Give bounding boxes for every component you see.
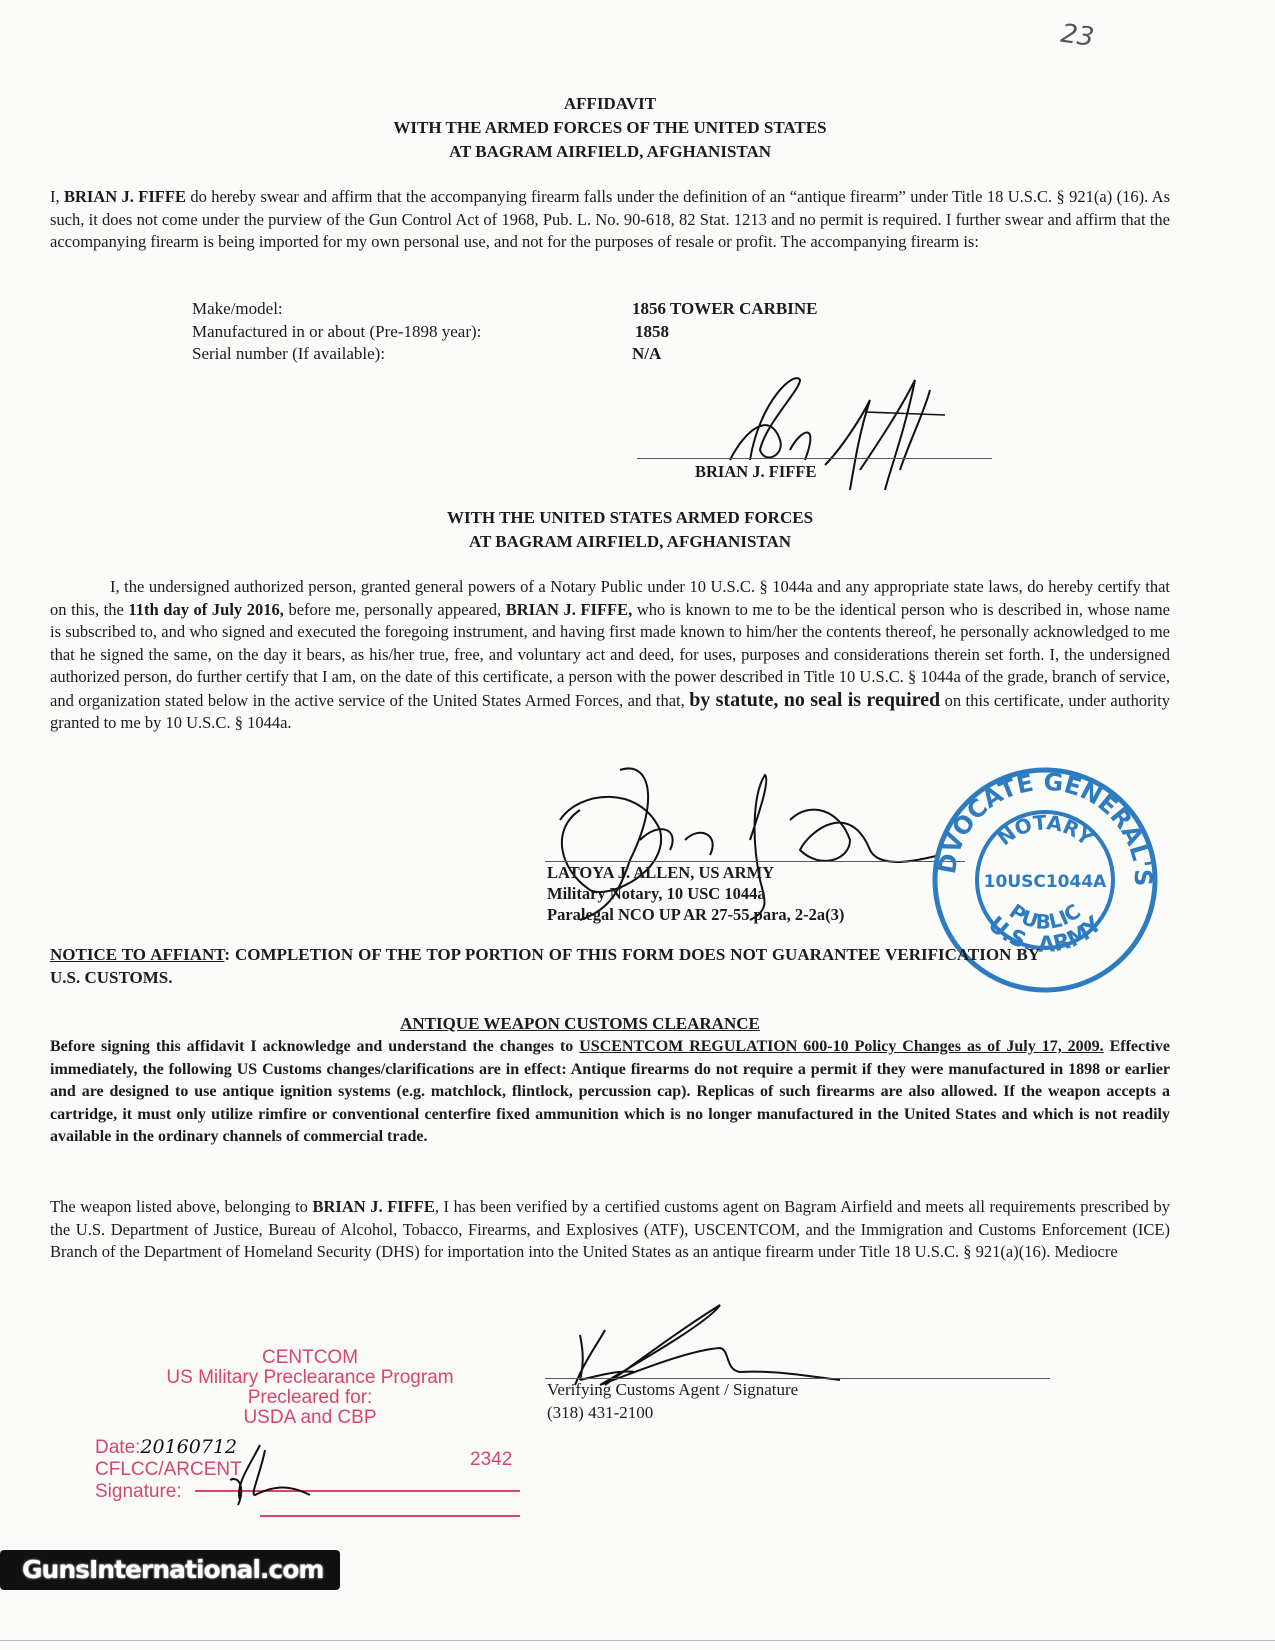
notary-name: LATOYA J. ALLEN, US ARMY <box>547 862 844 883</box>
notary-certificate: I, the undersigned authorized person, gr… <box>50 576 1170 735</box>
stamp-signature <box>220 1440 330 1510</box>
notary-header: WITH THE UNITED STATES ARMED FORCES AT B… <box>20 506 1240 554</box>
watermark-logo: GunsInternational.com <box>0 1550 340 1590</box>
clearance-title: ANTIQUE WEAPON CUSTOMS CLEARANCE <box>0 1012 1190 1036</box>
firearm-details: Make/model: 1856 TOWER CARBINE Manufactu… <box>192 298 817 366</box>
firearm-row-serial: Serial number (If available): N/A <box>192 343 817 366</box>
notice-to-affiant: NOTICE TO AFFIANT: COMPLETION OF THE TOP… <box>50 944 1040 989</box>
page-number: 23 <box>1057 19 1112 66</box>
notary-signer-block: LATOYA J. ALLEN, US ARMY Military Notary… <box>547 862 844 925</box>
header-line-3: AT BAGRAM AIRFIELD, AFGHANISTAN <box>0 140 1220 164</box>
header-line-2: WITH THE ARMED FORCES OF THE UNITED STAT… <box>0 116 1220 140</box>
notary-header-line-2: AT BAGRAM AIRFIELD, AFGHANISTAN <box>20 530 1240 554</box>
affidavit-header: AFFIDAVIT WITH THE ARMED FORCES OF THE U… <box>0 92 1220 164</box>
affiant-name: BRIAN J. FIFFE <box>64 187 186 206</box>
affidavit-statement: I, BRIAN J. FIFFE do hereby swear and af… <box>50 186 1170 254</box>
affiant-signature-line <box>637 458 992 459</box>
agent-phone: (318) 431-2100 <box>547 1401 798 1424</box>
preclearance-stamp: CENTCOM US Military Preclearance Program… <box>140 1348 480 1428</box>
verification-statement: The weapon listed above, belonging to BR… <box>50 1196 1170 1264</box>
regulation-reference: USCENTCOM REGULATION 600-10 Policy Chang… <box>579 1038 1103 1055</box>
page-bottom-edge <box>0 1640 1275 1641</box>
notice-label: NOTICE TO AFFIANT <box>50 945 224 964</box>
svg-text:10USC1044A: 10USC1044A <box>984 872 1107 892</box>
agent-label: Verifying Customs Agent / Signature <box>547 1378 798 1401</box>
clearance-text: Before signing this affidavit I acknowle… <box>50 1036 1170 1149</box>
stamp-number: 2342 <box>470 1450 512 1470</box>
firearm-row-make: Make/model: 1856 TOWER CARBINE <box>192 298 817 321</box>
firearm-row-year: Manufactured in or about (Pre-1898 year)… <box>192 321 817 344</box>
stamp-print-line <box>260 1515 520 1517</box>
customs-agent-signature <box>560 1300 900 1390</box>
affiant-signature-name: BRIAN J. FIFFE <box>695 461 816 482</box>
header-title: AFFIDAVIT <box>0 92 1220 116</box>
notary-position: Paralegal NCO UP AR 27-55 para, 2-2a(3) <box>547 904 844 925</box>
agent-block: Verifying Customs Agent / Signature (318… <box>547 1378 798 1424</box>
notary-header-line-1: WITH THE UNITED STATES ARMED FORCES <box>20 506 1240 530</box>
svg-text:NOTARY: NOTARY <box>993 810 1098 850</box>
notary-title: Military Notary, 10 USC 1044a <box>547 883 844 904</box>
